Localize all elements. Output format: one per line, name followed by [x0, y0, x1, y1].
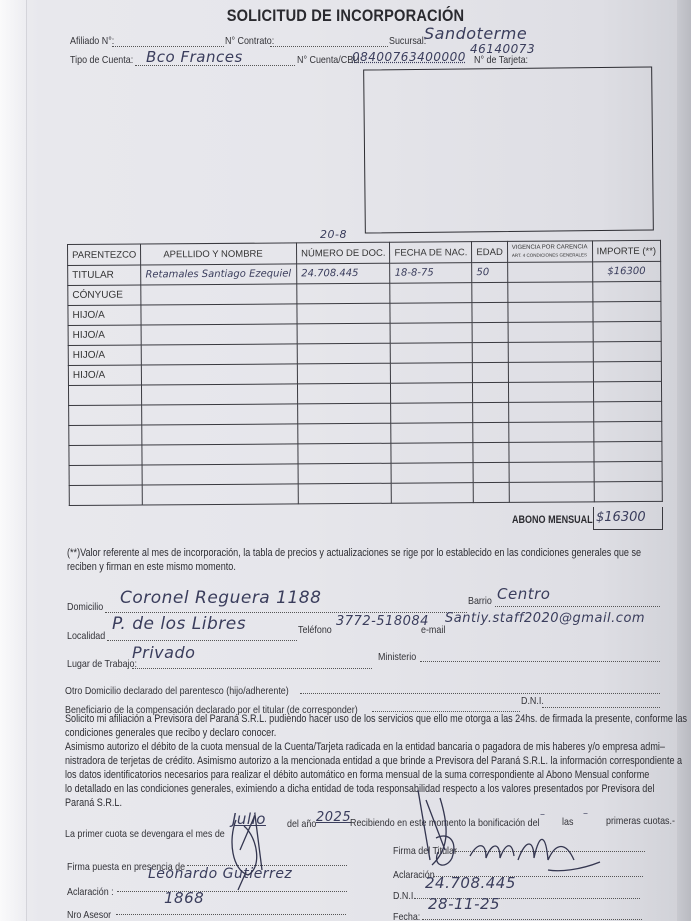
titular-signature-icon: [418, 790, 600, 871]
witness-signature-icon: [232, 815, 262, 890]
signature-strokes: [0, 0, 691, 921]
